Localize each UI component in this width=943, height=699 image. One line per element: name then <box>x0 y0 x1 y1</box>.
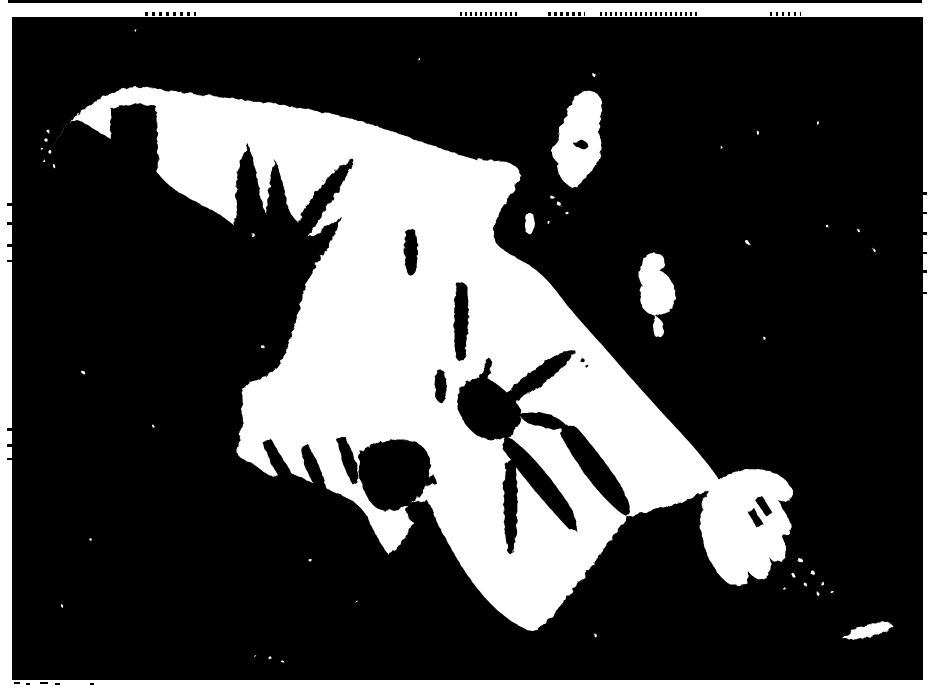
top-scan-bar <box>8 0 922 3</box>
sleeve-gap-block <box>110 105 158 205</box>
torso-fleck-2 <box>585 364 588 367</box>
page-background <box>0 0 943 699</box>
chest-sliver-a <box>405 229 418 276</box>
torso-fleck-1 <box>580 358 584 362</box>
chest-sliver-b <box>454 282 469 361</box>
halftone-photo-svg <box>0 0 943 699</box>
chest-sliver-c <box>435 370 447 403</box>
halftone-photograph <box>0 0 943 699</box>
